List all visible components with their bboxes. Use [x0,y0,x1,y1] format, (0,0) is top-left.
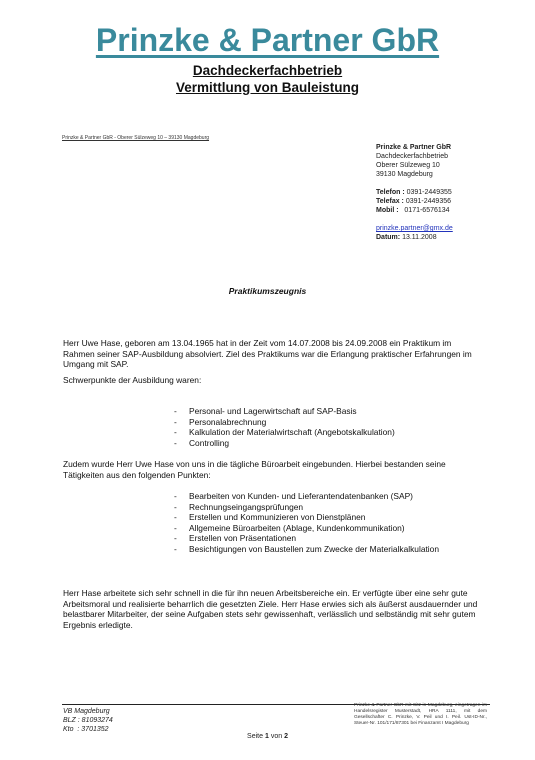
bullet-dash: - [174,512,177,523]
page-total: 2 [284,733,288,740]
email-link[interactable]: prinzke.partner@gmx.de [376,225,453,232]
focus-list: -Personal- und Lagerwirtschaft auf SAP-B… [174,406,395,448]
company-subtitle-1: Dachdeckerfachbetrieb [0,62,535,79]
list-item: -Controlling [174,438,395,449]
contact-street: Oberer Sülzeweg 10 [376,161,453,170]
company-subtitle-2: Vermittlung von Bauleistung [0,79,535,96]
mobile-value: 0171-6576134 [404,207,449,214]
company-name: Prinzke & Partner GbR [96,22,439,58]
mobile-label: Mobil : [376,207,399,214]
focus-heading: Schwerpunkte der Ausbildung waren: [63,375,483,386]
date-label: Datum: [376,234,400,241]
tasks-heading: Zudem wurde Herr Uwe Hase von uns in die… [63,459,483,480]
bullet-dash: - [174,427,177,438]
list-item-text: Controlling [189,438,229,448]
list-item: -Kalkulation der Materialwirtschaft (Ang… [174,427,395,438]
phone-value: 0391-2449355 [407,189,452,196]
list-item: -Rechnungseingangsprüfungen [174,502,439,513]
bank-name: VB Magdeburg [63,707,113,716]
legal-notice: Prinzke & Partner GbR mit Sitz in Magdeb… [354,703,487,727]
company-name-heading: Prinzke & Partner GbR [0,22,535,58]
contact-line-1: Dachdeckerfachbetrieb [376,152,453,161]
date-value: 13.11.2008 [402,234,437,241]
bank-blz: BLZ : 81093274 [63,716,113,725]
list-item-text: Rechnungseingangsprüfungen [189,502,303,512]
contact-phone: Telefon : 0391-2449355 [376,188,453,197]
page-prefix: Seite [247,733,263,740]
list-item-text: Personal- und Lagerwirtschaft auf SAP-Ba… [189,406,357,416]
contact-city: 39130 Magdeburg [376,170,453,179]
list-item-text: Kalkulation der Materialwirtschaft (Ange… [189,427,395,437]
page-number: Seite 1 von 2 [0,733,535,740]
bullet-dash: - [174,533,177,544]
tasks-list: -Bearbeiten von Kunden- und Lieferantend… [174,491,439,555]
phone-label: Telefon : [376,189,405,196]
list-item: -Bearbeiten von Kunden- und Lieferantend… [174,491,439,502]
bullet-dash: - [174,438,177,449]
fax-value: 0391-2449356 [406,198,451,205]
list-item: -Besichtigungen von Baustellen zum Zweck… [174,544,439,555]
list-item-text: Allgemeine Büroarbeiten (Ablage, Kundenk… [189,523,405,533]
list-item: -Erstellen und Kommunizieren von Dienstp… [174,512,439,523]
page-current: 1 [265,733,269,740]
list-item-text: Erstellen und Kommunizieren von Dienstpl… [189,512,365,522]
contact-fax: Telefax : 0391-2449356 [376,197,453,206]
contact-company: Prinzke & Partner GbR [376,143,453,152]
bullet-dash: - [174,502,177,513]
list-item-text: Erstellen von Präsentationen [189,533,296,543]
bullet-dash: - [174,544,177,555]
list-item-text: Personalabrechnung [189,417,266,427]
list-item: -Allgemeine Büroarbeiten (Ablage, Kunden… [174,523,439,534]
list-item-text: Bearbeiten von Kunden- und Lieferantenda… [189,491,413,501]
contact-mobile: Mobil : 0171-6576134 [376,206,453,215]
list-item-text: Besichtigungen von Baustellen zum Zwecke… [189,544,439,554]
bullet-dash: - [174,406,177,417]
bullet-dash: - [174,491,177,502]
page-separator: von [271,733,282,740]
list-item: -Erstellen von Präsentationen [174,533,439,544]
bullet-dash: - [174,523,177,534]
list-item: -Personalabrechnung [174,417,395,428]
bullet-dash: - [174,417,177,428]
assessment-paragraph: Herr Hase arbeitete sich sehr schnell in… [63,588,483,630]
bank-details: VB Magdeburg BLZ : 81093274 Kto : 370135… [63,707,113,734]
list-item: -Personal- und Lagerwirtschaft auf SAP-B… [174,406,395,417]
contact-date: Datum: 13.11.2008 [376,233,453,242]
sender-return-address: Prinzke & Partner GbR - Oberer Sülzeweg … [62,135,209,141]
intro-paragraph: Herr Uwe Hase, geboren am 13.04.1965 hat… [63,338,483,370]
contact-block: Prinzke & Partner GbR Dachdeckerfachbetr… [376,143,453,242]
document-title: Praktikumszeugnis [0,286,535,296]
fax-label: Telefax : [376,198,404,205]
